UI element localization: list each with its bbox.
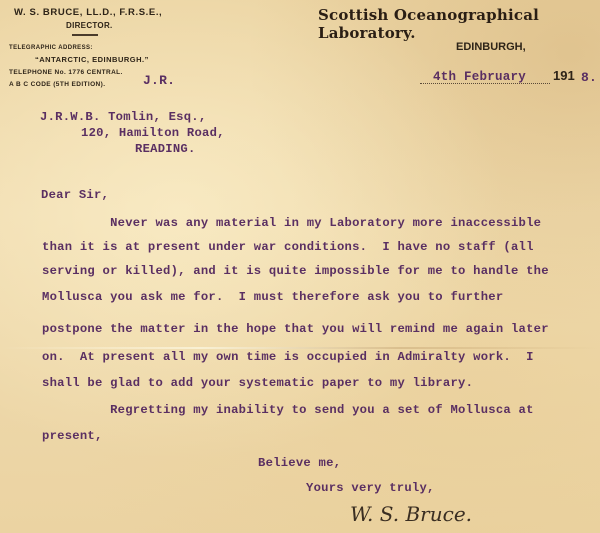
body-line: present, xyxy=(42,429,103,443)
body-line: postpone the matter in the hope that you… xyxy=(42,322,549,336)
reference-initials: J.R. xyxy=(143,73,175,88)
recipient-street: 120, Hamilton Road, xyxy=(81,126,225,140)
signature: W. S. Bruce. xyxy=(350,502,472,526)
closing-believe-me: Believe me, xyxy=(258,456,341,470)
telegraphic-address: “ANTARCTIC, EDINBURGH.” xyxy=(35,55,149,64)
salutation: Dear Sir, xyxy=(41,188,109,202)
institution-name: Scottish Oceanographical Laboratory. xyxy=(318,6,600,42)
body-line: Mollusca you ask me for. I must therefor… xyxy=(42,290,503,304)
recipient-city: READING. xyxy=(135,142,196,156)
body-line: shall be glad to add your systematic pap… xyxy=(42,376,473,390)
body-line: on. At present all my own time is occupi… xyxy=(42,350,534,364)
typed-year-digit: 8. xyxy=(581,70,597,85)
letterhead-city: EDINBURGH, xyxy=(456,41,526,53)
body-line: Never was any material in my Laboratory … xyxy=(42,216,541,230)
body-line: than it is at present under war conditio… xyxy=(42,240,534,254)
paper-crease xyxy=(0,347,600,349)
letterhead-name: W. S. BRUCE, LL.D., F.R.S.E., xyxy=(14,7,162,18)
letterhead-title: DIRECTOR. xyxy=(66,21,113,30)
body-line: Regretting my inability to send you a se… xyxy=(42,403,534,417)
telephone-number: TELEPHONE No. 1776 CENTRAL. xyxy=(9,69,123,76)
body-line: serving or killed), and it is quite impo… xyxy=(42,264,549,278)
letterhead-rule xyxy=(72,34,98,36)
recipient-name: J.R.W.B. Tomlin, Esq., xyxy=(40,110,206,124)
abc-code: A B C CODE (5TH EDITION). xyxy=(9,81,105,88)
printed-year: 191 xyxy=(553,68,575,83)
letter-date: 4th February xyxy=(433,70,526,84)
closing-yours-truly: Yours very truly, xyxy=(306,481,435,495)
telegraphic-label: TELEGRAPHIC ADDRESS: xyxy=(9,45,93,51)
